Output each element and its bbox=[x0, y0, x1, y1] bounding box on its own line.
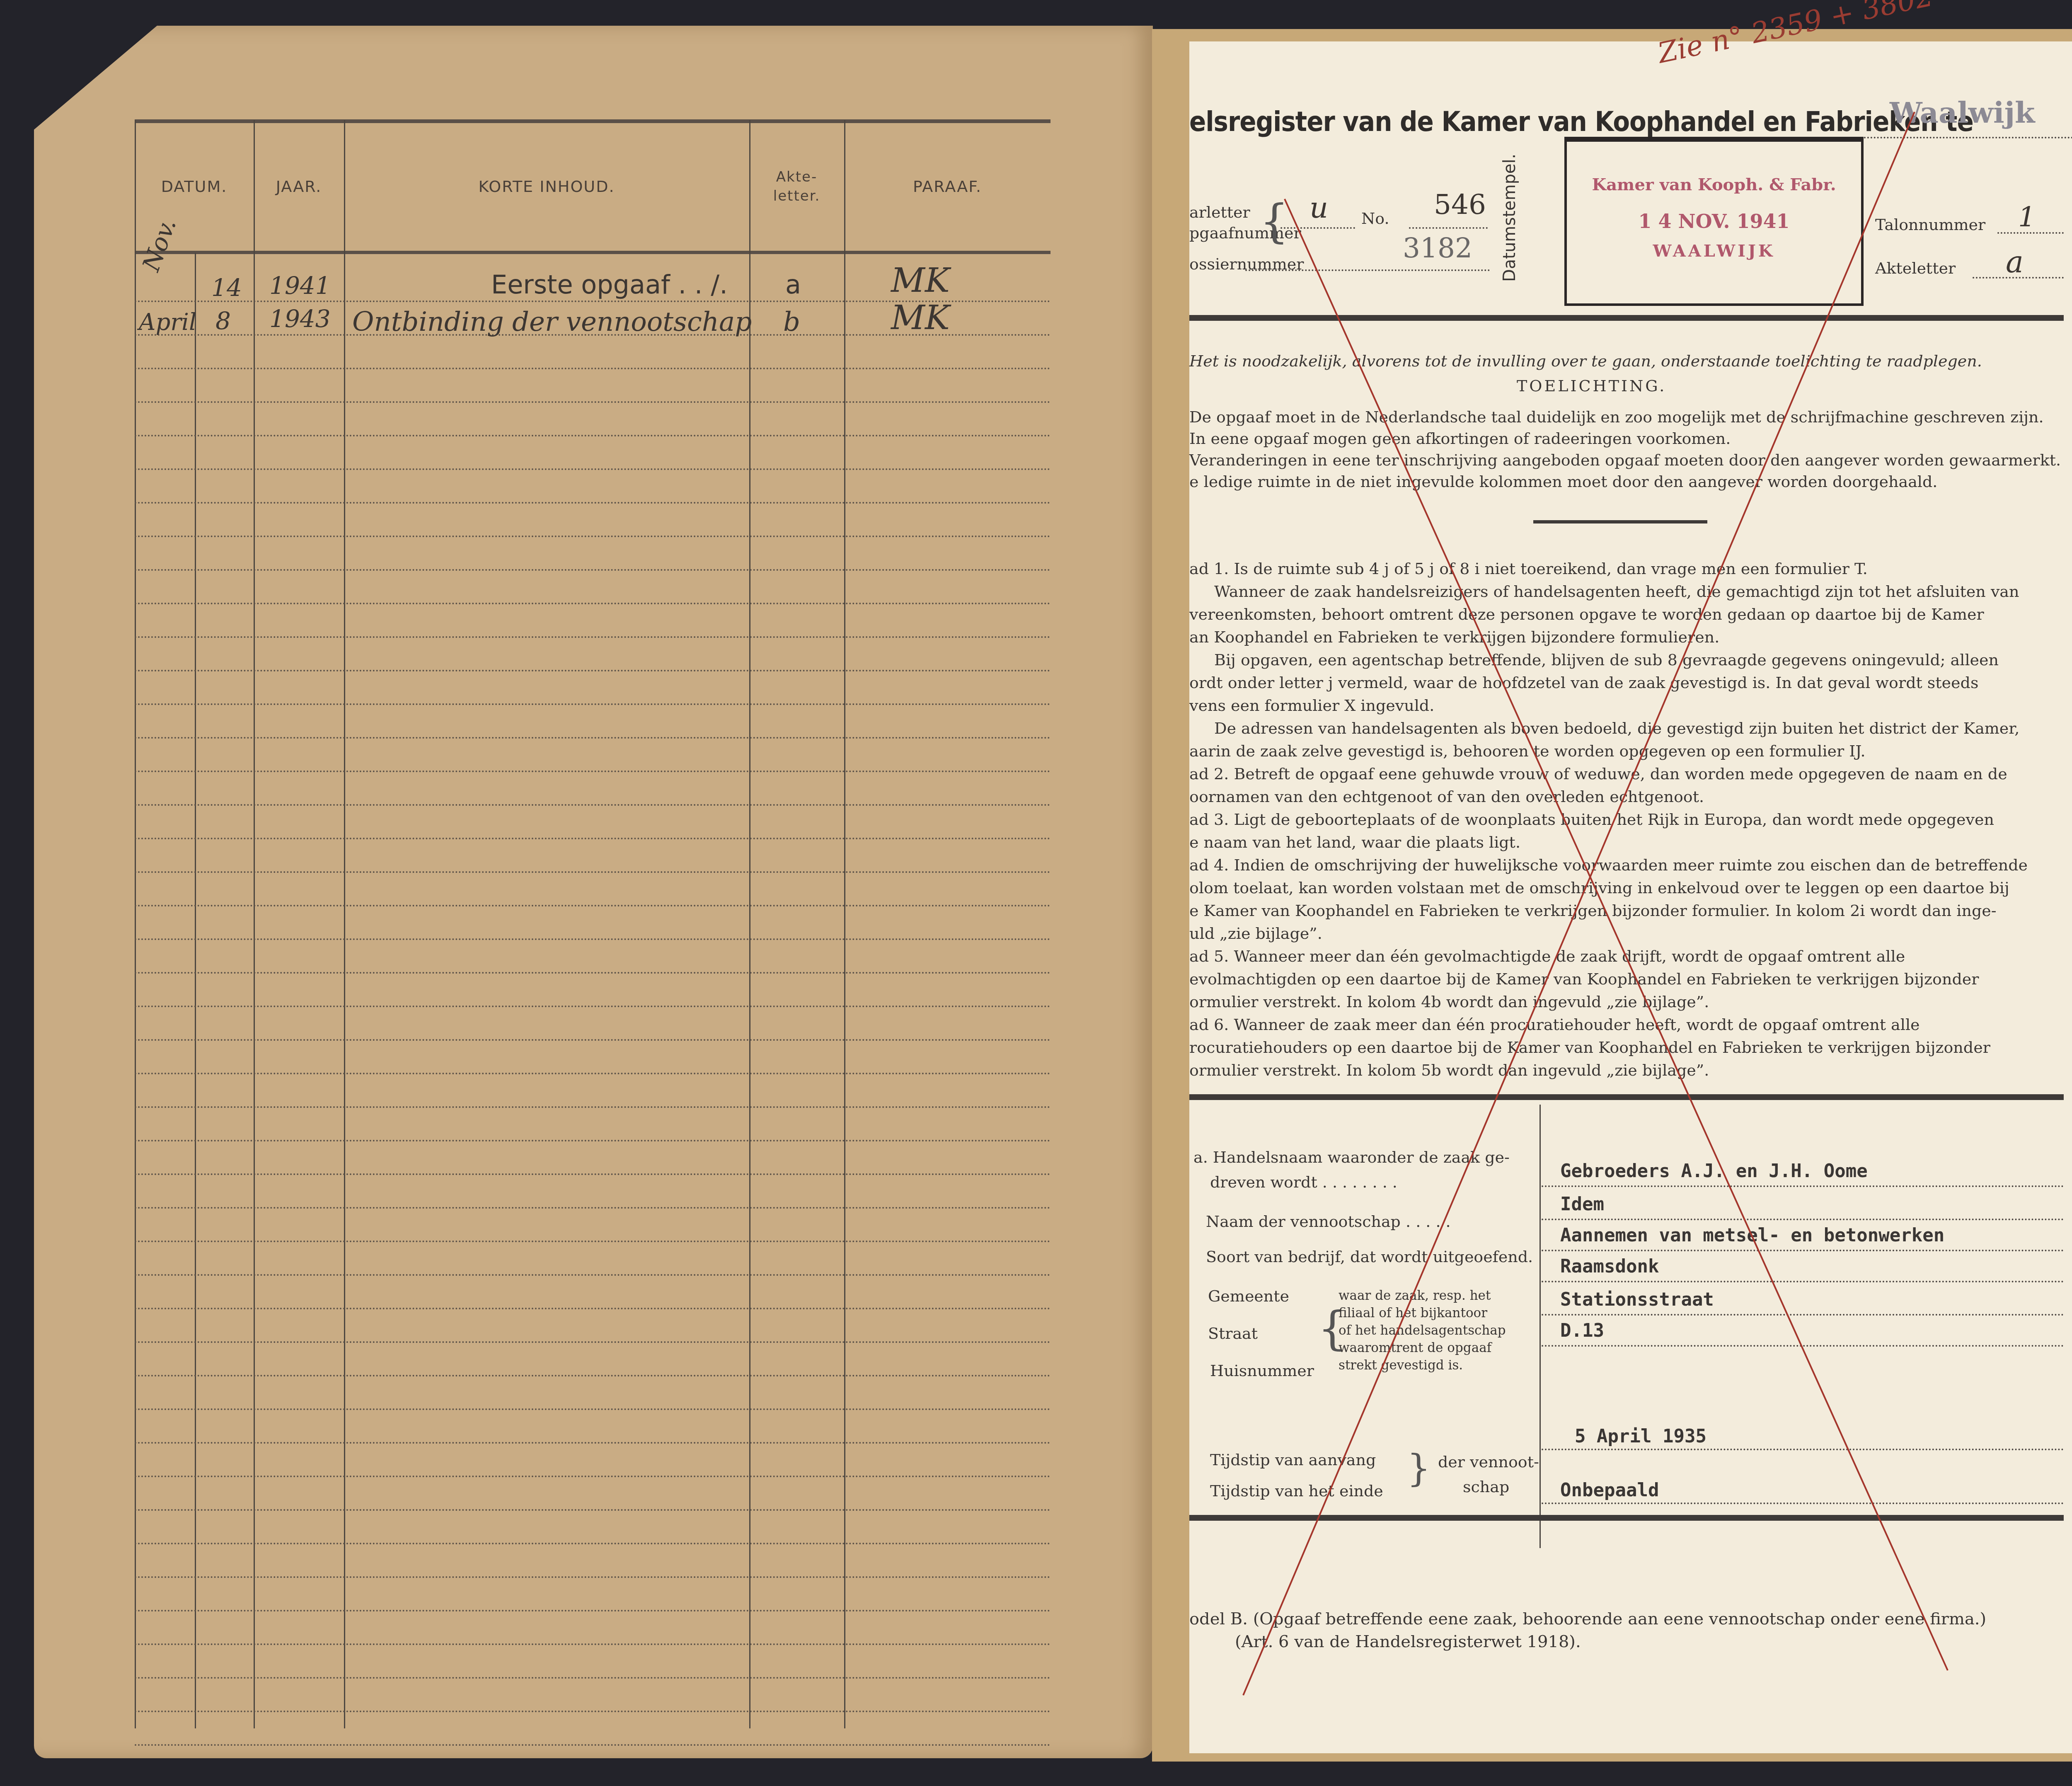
note-line: ad 5. Wanneer meer dan één gevolmachtigd… bbox=[1189, 945, 2064, 968]
stamp-line-2: 1 4 NOV. 1941 bbox=[1567, 210, 1861, 233]
register-row-line bbox=[135, 1408, 1051, 1411]
date-stamp-box: Kamer van Kooph. & Fabr. 1 4 NOV. 1941 W… bbox=[1564, 137, 1864, 306]
field-label-aanvang: Tijdstip van aanvang bbox=[1210, 1451, 1376, 1469]
entry-2-akteletter: b bbox=[783, 307, 800, 337]
opgaafnummer-line bbox=[1409, 227, 1488, 229]
toelichting-line: In eene opgaaf mogen geen afkortingen of… bbox=[1189, 428, 2064, 449]
talonnummer-value: 1 bbox=[2018, 201, 2036, 233]
register-row-line bbox=[135, 1039, 1051, 1042]
note-line: vens een formulier X ingevuld. bbox=[1189, 694, 2064, 717]
note-line: aarin de zaak zelve gevestigd is, behoor… bbox=[1189, 740, 2064, 763]
toelichting-list: De opgaaf moet in de Nederlandsche taal … bbox=[1189, 406, 2064, 492]
form-title-place: Waalwijk bbox=[1890, 95, 2035, 130]
register-row-line bbox=[135, 838, 1051, 841]
header-paraaf: PARAAF. bbox=[844, 124, 1051, 249]
register-row-line bbox=[135, 569, 1051, 572]
opgaafnummer-value: 546 bbox=[1434, 189, 1486, 221]
field-value-handelsnaam: Gebroeders A.J. en J.H. Oome bbox=[1560, 1161, 1868, 1182]
field-label-soort-bedrijf: Soort van bedrijf, dat wordt uitgeoefend… bbox=[1206, 1248, 1533, 1266]
register-row-line bbox=[135, 1610, 1051, 1613]
note-line: ad 2. Betreft de opgaaf eene gehuwde vro… bbox=[1189, 763, 2064, 785]
field-label-einde: Tijdstip van het einde bbox=[1210, 1482, 1383, 1500]
akteletter-line bbox=[1973, 277, 2064, 279]
talonnummer-line bbox=[1997, 232, 2064, 234]
field-value-huisnummer: D.13 bbox=[1560, 1320, 1604, 1341]
notes-divider-rule bbox=[1189, 1094, 2064, 1100]
register-row-line bbox=[135, 703, 1051, 706]
footer-model: odel B. (Opgaaf betreffende eene zaak, b… bbox=[1189, 1608, 1986, 1630]
column-divider bbox=[749, 120, 750, 1728]
dossiernummer-line bbox=[1245, 269, 1490, 271]
address-note-line: strekt gevestigd is. bbox=[1339, 1357, 1529, 1374]
register-row-line bbox=[135, 603, 1051, 606]
toelichting-title: TOELICHTING. bbox=[1517, 375, 1666, 397]
field-label-gemeente: Gemeente bbox=[1208, 1287, 1289, 1305]
note-line: ormulier verstrekt. In kolom 4b wordt da… bbox=[1189, 991, 2064, 1013]
toelichting-line: Veranderingen in eene ter inschrijving a… bbox=[1189, 449, 2064, 471]
note-line: ad 4. Indien de omschrijving der huwelij… bbox=[1189, 854, 2064, 877]
field-value-aanvang: 5 April 1935 bbox=[1575, 1426, 1706, 1447]
field-label-handelsnaam-2: dreven wordt . . . . . . . . bbox=[1210, 1173, 1397, 1191]
header-korte-inhoud: KORTE INHOUD. bbox=[344, 124, 749, 249]
footer-article: (Art. 6 van de Handelsregisterwet 1918). bbox=[1235, 1631, 1581, 1653]
field-value-gemeente: Raamsdonk bbox=[1560, 1256, 1659, 1277]
toelichting-line: e ledige ruimte in de niet ingevulde kol… bbox=[1189, 471, 2064, 492]
brace-icon: { bbox=[1260, 195, 1289, 248]
register-row-line bbox=[135, 1643, 1051, 1646]
note-line: olom toelaat, kan worden volstaan met de… bbox=[1189, 877, 2064, 899]
dossiernummer-value: 3182 bbox=[1403, 232, 1472, 264]
field-value-straat: Stationsstraat bbox=[1560, 1289, 1714, 1310]
note-line: ad 3. Ligt de geboorteplaats of de woonp… bbox=[1189, 808, 2064, 831]
register-row-line bbox=[135, 1509, 1051, 1512]
register-row-line bbox=[135, 1241, 1051, 1243]
letter-line bbox=[1280, 227, 1355, 229]
register-row-line bbox=[135, 1442, 1051, 1445]
note-line: vereenkomsten, behoort omtrent deze pers… bbox=[1189, 603, 2064, 626]
register-row-line bbox=[135, 1207, 1051, 1210]
field-line bbox=[1542, 1314, 2064, 1316]
column-divider bbox=[135, 120, 136, 1728]
label-letter: arletter bbox=[1189, 203, 1250, 221]
register-row-line bbox=[135, 1476, 1051, 1478]
entry-2-korte-inhoud: Ontbinding der vennootschap bbox=[352, 307, 752, 337]
place-underline bbox=[1861, 137, 2072, 138]
register-row-line bbox=[135, 1274, 1051, 1277]
note-line: e naam van het land, waar die plaats lig… bbox=[1189, 831, 2064, 854]
note-line: rocuratiehouders op een daartoe bij de K… bbox=[1189, 1036, 2064, 1059]
field-value-soort-bedrijf: Aannemen van metsel- en betonwerken bbox=[1560, 1225, 1944, 1246]
field-line bbox=[1542, 1449, 2064, 1450]
register-row-line bbox=[135, 1543, 1051, 1546]
register-row-line bbox=[135, 1375, 1051, 1378]
register-row-line bbox=[135, 1677, 1051, 1680]
note-line: evolmachtigden op een daartoe bij de Kam… bbox=[1189, 968, 2064, 991]
field-line bbox=[1542, 1185, 2064, 1187]
note-line: e Kamer van Koophandel en Fabrieken te v… bbox=[1189, 899, 2064, 922]
field-label-handelsnaam-1: a. Handelsnaam waaronder de zaak ge- bbox=[1193, 1148, 1510, 1166]
register-row-line bbox=[135, 435, 1051, 438]
field-line bbox=[1542, 1502, 2064, 1504]
akteletter-value: a bbox=[2006, 245, 2024, 279]
entry-1-korte-inhoud: Eerste opgaaf . . /. bbox=[491, 269, 728, 300]
intro-text: Het is noodzakelijk, alvorens tot de inv… bbox=[1189, 350, 1982, 372]
entry-2-jaar: 1943 bbox=[269, 305, 331, 333]
register-row-line bbox=[135, 1576, 1051, 1579]
toelichting-line: De opgaaf moet in de Nederlandsche taal … bbox=[1189, 406, 2064, 428]
field-label-huisnummer: Huisnummer bbox=[1210, 1362, 1314, 1380]
stamp-line-1: Kamer van Kooph. & Fabr. bbox=[1567, 175, 1861, 194]
register-row-line bbox=[135, 502, 1051, 505]
vennootschap-note-2: schap bbox=[1463, 1478, 1509, 1496]
note-line: ormulier verstrekt. In kolom 5b wordt da… bbox=[1189, 1059, 2064, 1082]
fields-bottom-rule bbox=[1189, 1515, 2064, 1521]
talonnummer-label: Talonnummer bbox=[1875, 216, 1985, 234]
note-line: an Koophandel en Fabrieken te verkrijgen… bbox=[1189, 626, 2064, 649]
entry-2-paraaf-signature: MK bbox=[891, 298, 950, 337]
table-header-rule bbox=[135, 251, 1051, 254]
stamp-line-3: WAALWIJK bbox=[1567, 241, 1861, 261]
column-divider bbox=[344, 120, 345, 1728]
register-row-line bbox=[135, 1140, 1051, 1143]
table-top-rule bbox=[135, 119, 1051, 123]
note-line: oornamen van den echtgenoot of van den o… bbox=[1189, 785, 2064, 808]
column-divider bbox=[195, 253, 196, 1728]
no-label: No. bbox=[1361, 209, 1389, 228]
brace-icon: } bbox=[1407, 1447, 1431, 1490]
register-row-line bbox=[135, 938, 1051, 941]
field-value-einde: Onbepaald bbox=[1560, 1480, 1659, 1501]
register-row-line bbox=[135, 636, 1051, 639]
note-line: uld „zie bijlage”. bbox=[1189, 922, 2064, 945]
register-row-line bbox=[135, 1006, 1051, 1008]
header-divider-rule bbox=[1189, 315, 2064, 321]
form-title: elsregister van de Kamer van Koophandel … bbox=[1189, 106, 1973, 138]
register-row-line bbox=[135, 1744, 1051, 1747]
register-row-line bbox=[135, 771, 1051, 773]
register-row-line bbox=[135, 737, 1051, 740]
register-row-line bbox=[135, 670, 1051, 673]
register-row-line bbox=[135, 871, 1051, 874]
register-row-line bbox=[135, 804, 1051, 807]
header-akteletter-line2: letter. bbox=[773, 187, 821, 206]
header-akteletter-line1: Akte- bbox=[776, 167, 817, 187]
address-note-line: waar de zaak, resp. het bbox=[1339, 1287, 1529, 1304]
register-row-line bbox=[135, 401, 1051, 404]
note-line: ad 6. Wanneer de zaak meer dan één procu… bbox=[1189, 1013, 2064, 1036]
explanatory-notes: ad 1. Is de ruimte sub 4 j of 5 j of 8 i… bbox=[1189, 557, 2064, 1082]
field-label-straat: Straat bbox=[1208, 1324, 1258, 1343]
field-line bbox=[1542, 1281, 2064, 1282]
field-line bbox=[1542, 1250, 2064, 1251]
entry-1-day: 14 bbox=[211, 274, 242, 302]
note-line: Bij opgaven, een agentschap betreffende,… bbox=[1189, 649, 2064, 671]
field-line bbox=[1542, 1219, 2064, 1220]
register-row-line bbox=[135, 536, 1051, 538]
note-line: Wanneer de zaak handelsreizigers of hand… bbox=[1189, 580, 2064, 603]
note-line: De adressen van handelsagenten als boven… bbox=[1189, 717, 2064, 740]
register-row-line bbox=[135, 1711, 1051, 1713]
entry-2-month: April bbox=[139, 309, 196, 336]
register-row-line bbox=[135, 1073, 1051, 1076]
header-jaar: JAAR. bbox=[254, 124, 344, 249]
address-note-line: of het handelsagentschap bbox=[1339, 1322, 1529, 1339]
address-note-line: filiaal of het bijkantoor bbox=[1339, 1304, 1529, 1322]
note-line: ordt onder letter j vermeld, waar de hoo… bbox=[1189, 671, 2064, 694]
register-row-line bbox=[135, 1106, 1051, 1109]
akteletter-label: Akteletter bbox=[1875, 259, 1956, 277]
letter-value: u bbox=[1310, 191, 1328, 225]
datumstempel-label: Datumstempel. bbox=[1500, 154, 1519, 282]
entry-2-day: 8 bbox=[215, 307, 231, 335]
section-divider bbox=[1533, 520, 1707, 523]
entry-1-paraaf-signature: MK bbox=[891, 261, 950, 300]
register-row-line bbox=[135, 905, 1051, 908]
entry-1-jaar: 1941 bbox=[269, 271, 331, 300]
register-row-line bbox=[135, 1341, 1051, 1344]
column-divider bbox=[254, 120, 255, 1728]
field-value-naam-vennootschap: Idem bbox=[1560, 1194, 1604, 1215]
field-label-naam-vennootschap: Naam der vennootschap . . . . . bbox=[1206, 1212, 1451, 1231]
register-row-line bbox=[135, 1308, 1051, 1311]
register-row-line bbox=[135, 972, 1051, 975]
entry-1-akteletter: a bbox=[785, 269, 801, 300]
column-divider bbox=[844, 120, 845, 1728]
vennootschap-note-1: der vennoot- bbox=[1438, 1453, 1539, 1471]
address-note: waar de zaak, resp. het filiaal of het b… bbox=[1339, 1287, 1529, 1374]
register-row-line bbox=[135, 468, 1051, 471]
register-row-line bbox=[135, 1173, 1051, 1176]
register-row-line bbox=[135, 368, 1051, 371]
address-note-line: waaromtrent de opgaaf bbox=[1339, 1339, 1529, 1357]
field-column-divider bbox=[1539, 1105, 1541, 1548]
field-line bbox=[1542, 1345, 2064, 1347]
note-line: ad 1. Is de ruimte sub 4 j of 5 j of 8 i… bbox=[1189, 557, 2064, 580]
header-akteletter: Akte- letter. bbox=[749, 124, 844, 249]
